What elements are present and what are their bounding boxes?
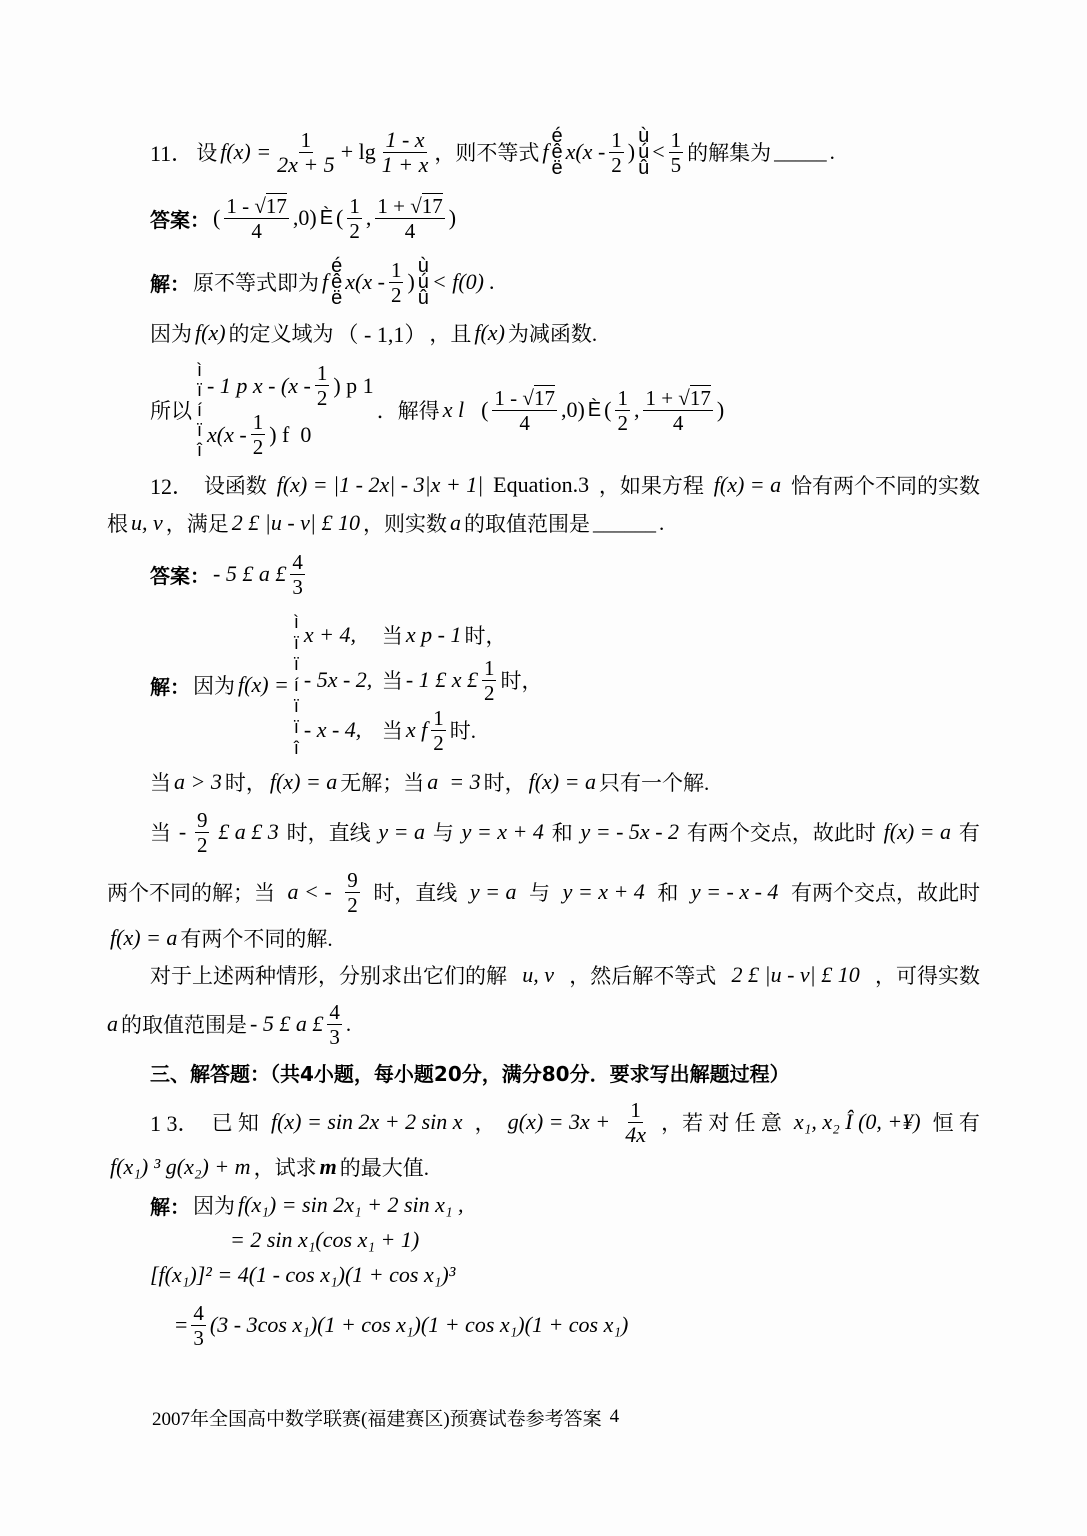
- text: 和: [657, 877, 678, 907]
- fraction: 12: [251, 410, 266, 459]
- text: ，若 对 任 意: [661, 1107, 782, 1137]
- text: 有: [959, 817, 980, 847]
- text: 当: [382, 620, 403, 650]
- math: f: [542, 139, 548, 165]
- fraction: 1 - √174: [224, 194, 289, 243]
- text: ，则实数: [363, 508, 447, 538]
- math: u, v: [131, 510, 163, 536]
- numerator: 4: [327, 1000, 342, 1025]
- text: 时，直线: [287, 817, 371, 847]
- glyph: ï: [197, 420, 202, 440]
- fraction: 12: [609, 128, 624, 177]
- text: 恰有两个不同的实数: [791, 470, 980, 500]
- math: a > 3: [174, 769, 222, 795]
- numerator: 4: [191, 1301, 206, 1326]
- fraction: 12: [389, 258, 404, 307]
- text: 的取值范围是: [464, 508, 590, 538]
- text: 时，直线: [373, 877, 457, 907]
- text: 时，: [464, 620, 506, 650]
- numerator: 1: [315, 361, 330, 386]
- case-condition: x p - 1: [406, 622, 462, 648]
- math: ) f 0: [269, 422, 311, 448]
- text: ，满足: [166, 508, 229, 538]
- text: 1 +: [377, 194, 410, 218]
- fraction: 43: [290, 550, 305, 599]
- math: -: [179, 819, 186, 845]
- text: 设: [196, 137, 217, 167]
- text: 因为: [193, 1190, 235, 1220]
- sqrt-symbol: √: [678, 386, 690, 410]
- radicand: 17: [422, 193, 443, 218]
- text: ，且: [429, 318, 471, 348]
- fraction: 12: [431, 706, 446, 755]
- problem-11-question: 11． 设 f(x) = 12x + 5 + lg 1 - x1 + x ，则不…: [150, 122, 835, 182]
- problem-12-solution-line-2: 当 - 92 £ a £ 3 时，直线 y = a 与 y = x + 4 和 …: [150, 802, 980, 862]
- text: 当: [150, 817, 171, 847]
- solution-label: 解：: [150, 671, 190, 700]
- text: 时，: [500, 665, 542, 695]
- text: 已 知: [212, 1107, 259, 1137]
- math: a = 3: [427, 769, 480, 795]
- math: (: [336, 205, 343, 231]
- denominator: 4: [403, 219, 418, 243]
- math: f(x) = a: [270, 769, 337, 795]
- text: 对于上述两种情形，分别求出它们的解: [150, 960, 507, 990]
- case-expression: - 5x - 2,: [304, 667, 379, 693]
- sqrt-symbol: √: [522, 386, 534, 410]
- numerator: 1 + √17: [375, 194, 444, 219]
- text: 所以: [150, 395, 192, 425]
- numerator: 1: [669, 128, 684, 153]
- text: .: [346, 1012, 351, 1037]
- math: ) p 1: [333, 373, 373, 399]
- denominator: 4x: [623, 1123, 648, 1147]
- math: 2 £ |u - v| £ 10: [232, 510, 360, 536]
- math: ,: [634, 397, 640, 423]
- denominator: 2: [347, 219, 362, 243]
- math: f(x): [474, 320, 505, 346]
- denominator: 2x + 5: [275, 153, 337, 177]
- math: f(x) =: [220, 139, 271, 165]
- math: ): [628, 139, 635, 165]
- text: 无解；当: [340, 767, 424, 797]
- piecewise-case: x + 4, 当 x p - 1 时，: [304, 615, 543, 655]
- right-bracket-glyphs: ùúû: [638, 128, 649, 176]
- math: （ - 1,1）: [337, 318, 427, 349]
- math: g(x) = 3x +: [508, 1109, 610, 1135]
- left-bracket-glyphs: éêë: [331, 258, 342, 306]
- glyph: ë: [551, 160, 562, 176]
- math: f(x) = sin 2x + 2 sin x: [271, 1109, 463, 1135]
- math: x₁, x₂ Î (0, +¥): [794, 1109, 921, 1135]
- math: a: [450, 510, 461, 536]
- numerator: 9: [345, 868, 360, 893]
- problem-11-solution-system: 所以 ì ï í ï î - 1 p x - (x - 12 ) p 1 x(x…: [150, 355, 724, 465]
- math: a < -: [288, 879, 332, 905]
- right-bracket-glyphs: ùúû: [418, 258, 429, 306]
- math: f(x) = a: [884, 819, 951, 845]
- text: ，可得实数: [875, 960, 980, 990]
- glyph: û: [638, 160, 649, 176]
- answer-blank: _____: [774, 140, 827, 165]
- text: 与: [529, 877, 550, 907]
- glyph: í: [294, 675, 299, 696]
- page-footer: 2007年全国高中数学联赛(福建赛区)预赛试卷参考答案 4: [152, 1387, 619, 1447]
- math: - 1 p x - (x -: [207, 373, 311, 399]
- math: (: [481, 397, 488, 423]
- case-condition: x f: [406, 717, 427, 743]
- fraction: 1 - x1 + x: [380, 128, 431, 177]
- radicand: 17: [534, 385, 555, 410]
- case-expression: x + 4,: [304, 622, 379, 648]
- text: 1 +: [645, 386, 678, 410]
- fraction: 12: [482, 656, 497, 705]
- math: ,: [366, 205, 372, 231]
- math: a: [107, 1011, 118, 1037]
- math: < f(0) .: [432, 269, 495, 295]
- text: 为减函数.: [508, 318, 597, 348]
- fraction: 92: [345, 868, 360, 917]
- document-page: 11． 设 f(x) = 12x + 5 + lg 1 - x1 + x ，则不…: [0, 0, 1087, 1536]
- denominator: 3: [290, 575, 305, 599]
- radicand: 17: [690, 385, 711, 410]
- system-row: x(x - 12 ) f 0: [207, 410, 374, 459]
- numerator: 1 - √17: [492, 386, 557, 411]
- math: =: [175, 1312, 187, 1338]
- numerator: 1: [431, 706, 446, 731]
- denominator: 1 + x: [380, 153, 431, 177]
- fraction: 12: [347, 194, 362, 243]
- text: ．解得: [377, 395, 440, 425]
- math: ): [407, 269, 414, 295]
- problem-number: 11．: [150, 137, 193, 168]
- numerator: 1: [628, 1098, 643, 1123]
- math: y = a: [470, 879, 517, 905]
- text: 和: [552, 817, 573, 847]
- math: (: [604, 397, 611, 423]
- glyph: í: [197, 400, 202, 420]
- math: (: [213, 205, 220, 231]
- answer-blank: ______: [593, 511, 656, 536]
- fraction: 14x: [623, 1098, 648, 1147]
- numerator: 1: [609, 128, 624, 153]
- system-row: - 1 p x - (x - 12 ) p 1: [207, 361, 374, 410]
- numerator: 1 - x: [383, 128, 426, 153]
- denominator: 5: [669, 153, 684, 177]
- fraction: 1 - √174: [492, 386, 557, 435]
- solution-label: 解：: [150, 1191, 190, 1220]
- sqrt-symbol: √: [254, 194, 266, 218]
- numerator: 1: [347, 194, 362, 219]
- math: x l: [443, 397, 464, 423]
- problem-13-solution-line-4: = 43 (3 - 3cos x₁)(1 + cos x₁)(1 + cos x…: [175, 1295, 628, 1355]
- text: 恒 有: [933, 1107, 980, 1137]
- numerator: 1: [615, 386, 630, 411]
- math: x(x -: [566, 139, 606, 165]
- case-condition: - 1 £ x £: [406, 667, 478, 693]
- answer-label: 答案：: [150, 204, 210, 233]
- denominator: 2: [482, 681, 497, 705]
- math: 2 £ |u - v| £ 10: [732, 962, 860, 988]
- union-glyph: È: [588, 399, 601, 422]
- page-number: 4: [610, 1406, 620, 1428]
- text: 当: [150, 767, 171, 797]
- denominator: 2: [615, 411, 630, 435]
- math: ,0): [293, 205, 317, 231]
- glyph: ì: [294, 612, 299, 633]
- numerator: 1: [251, 410, 266, 435]
- math: y = - 5x - 2: [581, 819, 680, 845]
- text: 只有一个解.: [599, 767, 709, 797]
- math: u, v: [522, 962, 554, 988]
- math: ): [717, 397, 724, 423]
- math: [f(x₁)]² = 4(1 - cos x₁)(1 + cos x₁)³: [150, 1262, 455, 1288]
- problem-number: 1 3．: [150, 1107, 200, 1138]
- text: 当: [382, 665, 403, 695]
- glyph: ï: [294, 633, 299, 654]
- denominator: 2: [609, 153, 624, 177]
- text: 有两个交点，故此时: [791, 877, 980, 907]
- footer-title: 2007年全国高中数学联赛(福建赛区)预赛试卷参考答案: [152, 1404, 602, 1431]
- numerator: 4: [290, 550, 305, 575]
- text: 因为: [193, 670, 235, 700]
- math: (3 - 3cos x₁)(1 + cos x₁)(1 + cos x₁)(1 …: [210, 1312, 628, 1338]
- glyph: ï: [294, 654, 299, 675]
- problem-12-solution-piecewise: 解： 因为 f(x) = ì ï ï í ï ï î x + 4, 当 x p …: [150, 605, 542, 765]
- fraction: 43: [191, 1301, 206, 1350]
- denominator: 3: [191, 1326, 206, 1350]
- math: y = x + 4: [563, 879, 645, 905]
- problem-12-answer: 答案： - 5 £ a £ 43: [150, 544, 306, 604]
- text: 1 -: [494, 386, 522, 410]
- math: f(x) =: [238, 672, 289, 698]
- glyph: ì: [197, 360, 202, 380]
- fraction: 12x + 5: [275, 128, 337, 177]
- denominator: 2: [195, 833, 210, 857]
- text: 因为: [150, 318, 192, 348]
- text: 当: [382, 715, 403, 745]
- text: .: [830, 140, 835, 165]
- glyph: ï: [294, 717, 299, 738]
- radicand: 17: [266, 193, 287, 218]
- fraction: 12: [315, 361, 330, 410]
- fraction: 1 + √174: [375, 194, 444, 243]
- text: 时.: [450, 715, 476, 745]
- math: y = a: [378, 819, 425, 845]
- sqrt-symbol: √: [410, 194, 422, 218]
- denominator: 4: [671, 411, 686, 435]
- solution-label: 解：: [150, 268, 190, 297]
- text: 原不等式即为: [193, 267, 319, 297]
- text: ，然后解不等式: [569, 960, 716, 990]
- math: f(x) = a: [714, 472, 781, 498]
- case-expression: - x - 4,: [304, 717, 379, 743]
- glyph: ï: [197, 380, 202, 400]
- text: 与: [433, 817, 454, 847]
- math: x(x -: [345, 269, 385, 295]
- numerator: 1: [482, 656, 497, 681]
- math: x(x -: [207, 422, 247, 448]
- glyph: ï: [294, 696, 299, 717]
- left-bracket-glyphs: éêë: [551, 128, 562, 176]
- answer-label: 答案：: [150, 560, 210, 589]
- union-glyph: È: [320, 207, 333, 230]
- section-title: 三、解答题：（共4小题，每小题20分，满分80分．要求写出解题过程）: [150, 1058, 790, 1087]
- denominator: 4: [517, 411, 532, 435]
- fraction: 92: [195, 808, 210, 857]
- denominator: 2: [431, 731, 446, 755]
- denominator: 2: [345, 893, 360, 917]
- fraction: 1 + √174: [643, 386, 712, 435]
- numerator: 1: [389, 258, 404, 283]
- math: ): [449, 205, 456, 231]
- text: 的定义域为: [229, 318, 334, 348]
- math: - 5 £ a £: [250, 1011, 323, 1037]
- problem-11-solution-line-2: 因为 f(x) 的定义域为 （ - 1,1） ，且 f(x) 为减函数.: [150, 303, 597, 363]
- piecewise-case: - 5x - 2, 当 - 1 £ x £ 12 时，: [304, 655, 543, 705]
- fraction: 12: [615, 386, 630, 435]
- math: f: [322, 269, 328, 295]
- left-brace-glyphs: ì ï ï í ï ï î: [294, 612, 299, 759]
- numerator: 9: [195, 808, 210, 833]
- math: <: [652, 139, 664, 165]
- text: 两个不同的解；当: [107, 877, 275, 907]
- text: .: [659, 511, 664, 536]
- text: 有两个交点，故此时: [687, 817, 876, 847]
- math: - 5 £ a £: [213, 561, 286, 587]
- problem-11-answer: 答案： ( 1 - √174 ,0) È ( 12 , 1 + √174 ): [150, 188, 456, 248]
- piecewise-case: - x - 4, 当 x f 12 时.: [304, 705, 543, 755]
- math: y = - x - 4: [691, 879, 779, 905]
- math: f(x) = a: [529, 769, 596, 795]
- text: 的解集为: [687, 137, 771, 167]
- math: £ a £ 3: [218, 819, 279, 845]
- numerator: 1 - √17: [224, 194, 289, 219]
- denominator: 4: [249, 219, 264, 243]
- text: ，: [475, 1107, 496, 1137]
- text: ，则不等式: [434, 137, 539, 167]
- system-rows: - 1 p x - (x - 12 ) p 1 x(x - 12 ) f 0: [207, 361, 374, 459]
- math: y = x + 4: [462, 819, 544, 845]
- text: 的取值范围是: [121, 1009, 247, 1039]
- text: 1 -: [226, 194, 254, 218]
- math: f(x): [195, 320, 226, 346]
- piecewise-cases: x + 4, 当 x p - 1 时， - 5x - 2, 当 - 1 £ x …: [304, 615, 543, 755]
- numerator: 1 + √17: [643, 386, 712, 411]
- math: ,0): [561, 397, 585, 423]
- numerator: 1: [299, 128, 314, 153]
- denominator: 2: [315, 386, 330, 410]
- left-brace-glyphs: ì ï í ï î: [197, 360, 202, 460]
- text: 时，: [484, 767, 526, 797]
- text: 根: [107, 508, 128, 538]
- text: 时，: [225, 767, 267, 797]
- math: + lg: [341, 139, 376, 165]
- fraction: 15: [669, 128, 684, 177]
